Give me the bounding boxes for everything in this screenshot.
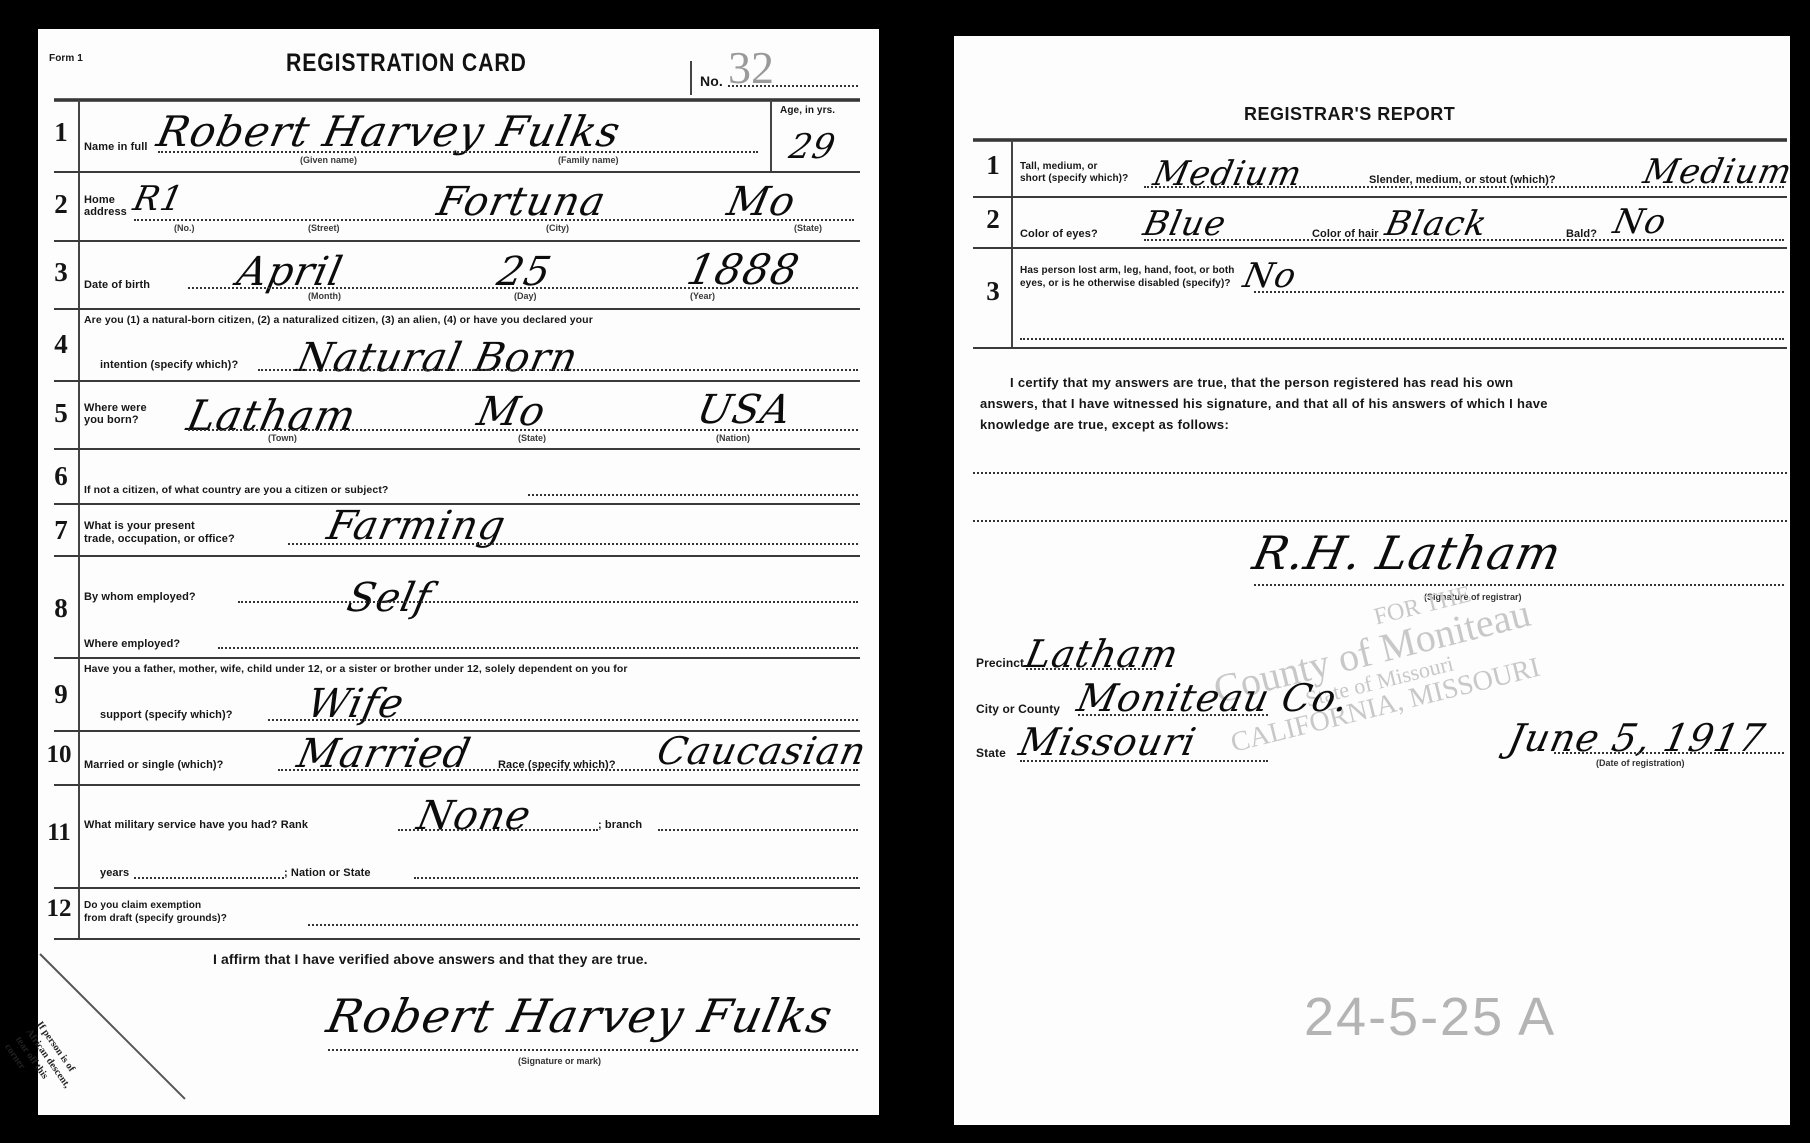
precinct-label: Precinct: [976, 656, 1024, 670]
employer-label: By whom employed?: [84, 591, 196, 603]
height-value: Medium: [1150, 154, 1306, 194]
work-location-label: Where employed?: [84, 638, 180, 650]
name-value: Robert Harvey Fulks: [153, 107, 625, 156]
form-label: Form 1: [49, 53, 83, 64]
registrars-report-card: REGISTRAR'S REPORT 1 Tall, medium, orsho…: [954, 36, 1790, 1125]
state-value: Missouri: [1015, 720, 1200, 764]
county-seal-stamp: FOR THE County of Moniteau State of Miss…: [1204, 570, 1546, 759]
exemption-label: Do you claim exemptionfrom draft (specif…: [84, 899, 227, 925]
years-label: years: [100, 867, 129, 879]
eye-color-label: Color of eyes?: [1020, 228, 1098, 240]
affirmation-text: I affirm that I have verified above answ…: [213, 951, 648, 967]
number-divider: [690, 61, 692, 95]
citizenship-value: Natural Born: [293, 335, 582, 381]
branch-label: ; branch: [598, 819, 642, 831]
occupation-label: What is your presenttrade, occupation, o…: [84, 520, 235, 546]
home-address-label: Homeaddress: [84, 194, 127, 218]
birthplace-nation-value: USA: [693, 387, 796, 433]
state-label: State: [976, 746, 1006, 760]
registration-date-caption: (Date of registration): [1596, 758, 1685, 768]
hair-color-value: Black: [1382, 204, 1491, 244]
county-label: City or County: [976, 702, 1060, 716]
top-rule: [54, 98, 860, 102]
disability-value: No: [1240, 256, 1301, 296]
age-label: Age, in yrs.: [780, 105, 835, 116]
registration-card: Form 1 REGISTRATION CARD No. 32 1 Name i…: [38, 29, 879, 1115]
disability-label: Has person lost arm, leg, hand, foot, or…: [1020, 264, 1235, 290]
file-number-stamp: 24-5-25 A: [1304, 986, 1556, 1048]
number-label: No.: [700, 73, 723, 89]
eye-color-value: Blue: [1140, 204, 1230, 244]
citizenship-label: intention (specify which)?: [100, 359, 238, 371]
race-value: Caucasian: [653, 729, 870, 773]
birth-date-label: Date of birth: [84, 279, 150, 291]
build-label: Slender, medium, or stout (which)?: [1369, 174, 1556, 186]
height-label: Tall, medium, orshort (specify which)?: [1020, 161, 1128, 185]
nation-state-label: ; Nation or State: [284, 867, 371, 879]
age-divider: [770, 100, 772, 171]
registrant-signature: Robert Harvey Fulks: [322, 989, 838, 1043]
report-title: REGISTRAR'S REPORT: [1244, 104, 1455, 125]
row-number: 1: [44, 117, 78, 148]
dependents-question: Have you a father, mother, wife, child u…: [84, 663, 628, 675]
military-service-label: What military service have you had? Rank: [84, 819, 308, 831]
signature-caption: (Signature or mark): [518, 1056, 601, 1066]
dependents-label: support (specify which)?: [100, 709, 233, 721]
name-label: Name in full: [84, 141, 148, 153]
corner-note: If person is of African descent, tear of…: [1, 1019, 83, 1106]
birthplace-label: Where wereyou born?: [84, 402, 147, 426]
employer-value: Self: [343, 575, 435, 621]
citizenship-question: Are you (1) a natural-born citizen, (2) …: [84, 314, 593, 326]
address-no-value: R1: [130, 179, 188, 219]
report-top-rule: [973, 138, 1787, 142]
age-value: 29: [786, 127, 840, 167]
number-column-divider: [78, 100, 80, 940]
marital-status-label: Married or single (which)?: [84, 759, 224, 771]
non-citizen-label: If not a citizen, of what country are yo…: [84, 484, 388, 496]
bald-value: No: [1610, 202, 1671, 242]
military-rank-value: None: [413, 793, 535, 839]
report-number-divider: [1011, 140, 1013, 348]
certification-text: I certify that my answers are true, that…: [980, 372, 1548, 435]
card-title: REGISTRATION CARD: [286, 49, 527, 78]
